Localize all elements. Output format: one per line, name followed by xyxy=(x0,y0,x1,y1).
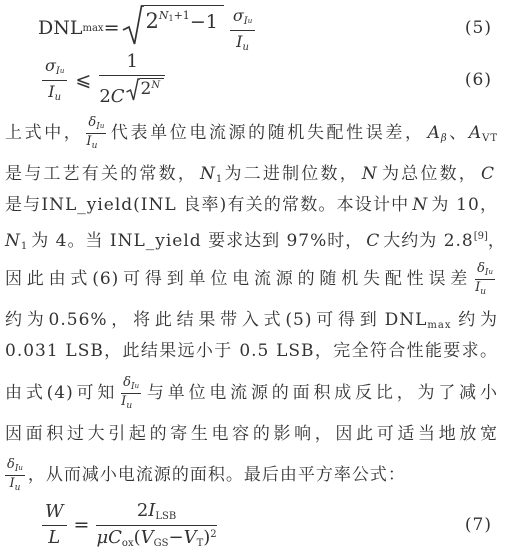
equation-5: DNLmax= 2N1+1−1 σIu Iu (5) xyxy=(0,3,506,53)
eq6-rhs-numerator: 1 xyxy=(99,52,165,76)
C-var: C xyxy=(366,231,380,251)
delta-over-Iu-fraction: δIuIu xyxy=(86,116,106,151)
text-run: 由式(4)可知 xyxy=(5,383,118,403)
eq6-number: (6) xyxy=(465,70,492,90)
eq6-relation: ⩽ xyxy=(75,69,91,91)
delta-sub-u: u xyxy=(18,464,23,472)
mu-symbol: μ xyxy=(96,527,108,548)
text-run: 为 4。当 INL_yield 要求达到 97%时， xyxy=(31,231,363,251)
para-line-4: N1为 4。当 INL_yield 要求达到 97%时，C大约为 2.8[9]， xyxy=(0,221,506,253)
delta-over-Iu-fraction: δIuIu xyxy=(5,458,25,493)
para-line-3: 是与INL_yield(INL 良率)有关的常数。本设计中N为 10， xyxy=(0,190,506,221)
ifrac-denominator: Iu xyxy=(121,394,141,411)
para-line-10: δIuIu，从而减小电流源的面积。最后由平方率公式： xyxy=(0,450,506,500)
eq7-lhs-fraction: W L xyxy=(42,502,67,548)
radical-sign-icon xyxy=(122,5,144,47)
eq5-exp-tail: +1 xyxy=(174,9,190,22)
eq6-lhs-denominator: Iu xyxy=(42,81,67,104)
eq5-exp-N: N xyxy=(159,9,169,22)
text-run: 是与工艺有关的常数， xyxy=(5,164,197,184)
eq6-inner-radicand: 2N xyxy=(140,78,165,100)
delta-symbol: δ xyxy=(7,457,15,472)
eq6-den-C: C xyxy=(111,86,125,107)
ifrac-numerator: δIu xyxy=(121,376,141,394)
eq6-rad-exp-N: N xyxy=(151,80,160,91)
lparen: ( xyxy=(134,527,141,548)
minus-sign: − xyxy=(168,527,183,548)
ifrac-numerator: δIu xyxy=(5,458,25,476)
eq7-L: L xyxy=(42,526,67,549)
sigma-symbol: σ xyxy=(233,6,244,25)
eq5-rad-exponent: N1+1 xyxy=(159,9,190,22)
A-VT-sub: VT xyxy=(482,133,498,144)
C-var: C xyxy=(481,164,495,184)
ifrac-denominator: Iu xyxy=(5,476,25,493)
delta-sub-u: u xyxy=(135,382,140,390)
text-run: ，从而减小电流源的面积。最后由平方率公式： xyxy=(28,465,406,485)
N-var: N xyxy=(412,195,428,215)
DNL-max-sub: max xyxy=(427,320,451,331)
eq7-num-LSB-sub: LSB xyxy=(155,511,176,522)
delta-over-Iu-fraction: δIuIu xyxy=(475,262,495,297)
delta-symbol: δ xyxy=(123,375,131,390)
sigma-sub-u: u xyxy=(60,67,65,75)
Iu-sub: u xyxy=(126,401,132,411)
DNL-label: DNL xyxy=(385,310,428,330)
eq6-rhs-fraction: 1 2C2N xyxy=(99,52,165,107)
para-line-6: 约为0.56%，将此结果带入式(5)可得到DNLmax约为 xyxy=(0,305,506,336)
squared-exponent: 2 xyxy=(210,529,216,540)
eq5-rad-base: 2 xyxy=(146,9,159,33)
text-run: 大约为 2.8 xyxy=(383,231,473,251)
eq5-radical: 2N1+1−1 xyxy=(122,5,224,47)
eq5-dnl: DNL xyxy=(38,17,82,39)
A-beta-sub: β xyxy=(441,133,448,144)
text-run: 0.031 LSB，此结果远小于 0.5 LSB，完全符合性能要求。 xyxy=(5,341,498,361)
equation-7: W L = 2ILSB μCox(VGS−VT)2 (7) xyxy=(0,500,506,549)
text-run: ， xyxy=(488,231,506,251)
text-run: 因此由式(6)可得到单位电流源的随机失配性误差 xyxy=(5,269,472,289)
eq7-num-2: 2 xyxy=(137,500,148,521)
eq6-rhs-denominator: 2C2N xyxy=(99,76,165,108)
eq5-equals: = xyxy=(104,17,120,39)
ifrac-denominator: Iu xyxy=(475,280,495,297)
eq6-rad-base: 2 xyxy=(141,79,152,99)
eq6-lhs-numerator: σIu xyxy=(42,57,67,81)
eq7-rhs-numerator: 2ILSB xyxy=(96,501,216,526)
para-line-2: 是与工艺有关的常数，N1为二进制位数，N为总位数，C xyxy=(0,159,506,190)
radical-sign-icon xyxy=(126,78,140,102)
eq5-number: (5) xyxy=(465,18,492,38)
delta-sub-u: u xyxy=(488,268,493,276)
para-line-5: 因此由式(6)可得到单位电流源的随机失配性误差δIuIu xyxy=(0,253,506,305)
eq5-radicand: 2N1+1−1 xyxy=(144,5,224,34)
N1-sub: 1 xyxy=(21,241,28,252)
text-run: 与单位电流源的面积成反比，为了减小 xyxy=(144,383,498,403)
text-run: 代表单位电流源的随机失配性误差， xyxy=(109,123,424,143)
text-run: 约为 xyxy=(454,310,498,330)
para-line-1: 上式中，δIuIu代表单位电流源的随机失配性误差，Aβ、AVT xyxy=(0,107,506,159)
eq5-minus-one: −1 xyxy=(190,11,218,33)
eq7-rhs-denominator: μCox(VGS−VT)2 xyxy=(96,526,216,549)
text-run: 上式中， xyxy=(5,123,83,143)
Iu-sub: u xyxy=(15,483,21,493)
VGS-symbol: V xyxy=(141,527,154,548)
eq5-frac-numerator: σIu xyxy=(230,7,255,31)
ifrac-denominator: Iu xyxy=(86,134,106,151)
text-run: 为二进制位数， xyxy=(223,164,359,184)
Cox-sub: ox xyxy=(122,538,134,549)
eq7-rhs-fraction: 2ILSB μCox(VGS−VT)2 xyxy=(96,501,216,549)
eq6-lhs-fraction: σIu Iu xyxy=(42,57,67,103)
text-run: 约为0.56%，将此结果带入式(5)可得到 xyxy=(5,310,382,330)
ifrac-numerator: δIu xyxy=(86,116,106,134)
eq6-inner-radical: 2N xyxy=(126,78,165,102)
list-separator: 、 xyxy=(448,123,469,143)
eq5-lhs: DNLmax= xyxy=(38,17,120,39)
Iu-sub: u xyxy=(92,141,98,151)
sigma-sub-u: u xyxy=(248,17,253,25)
VGS-sub: GS xyxy=(154,538,169,549)
A-beta-var: A xyxy=(428,123,441,143)
text-run: 是与INL_yield(INL 良率)有关的常数。本设计中 xyxy=(5,195,409,215)
eq7-W: W xyxy=(42,502,67,526)
text-run: 为 10， xyxy=(431,195,498,215)
delta-sub-u: u xyxy=(100,122,105,130)
eq7-equals: = xyxy=(74,514,90,536)
N1-var: N xyxy=(200,164,216,184)
eq5-frac-denominator: Iu xyxy=(230,31,255,54)
ifrac-numerator: δIu xyxy=(475,262,495,280)
N1-var: N xyxy=(5,231,21,251)
delta-symbol: δ xyxy=(477,261,485,276)
N-var: N xyxy=(362,164,378,184)
delta-over-Iu-fraction: δIuIu xyxy=(121,376,141,411)
VT-symbol: V xyxy=(184,527,197,548)
para-line-7: 0.031 LSB，此结果远小于 0.5 LSB，完全符合性能要求。 xyxy=(0,336,506,367)
Iu-sub: u xyxy=(55,92,61,103)
text-run: 为总位数， xyxy=(381,164,478,184)
eq6-den-2: 2 xyxy=(99,86,110,107)
Iu-sub: u xyxy=(242,42,248,53)
A-VT-var: A xyxy=(469,123,482,143)
para-line-9: 因面积过大引起的寄生电容的影响，因此可适当地放宽 xyxy=(0,419,506,450)
text-run: 因面积过大引起的寄生电容的影响，因此可适当地放宽 xyxy=(5,424,498,444)
para-line-8: 由式(4)可知δIuIu与单位电流源的面积成反比，为了减小 xyxy=(0,367,506,419)
eq5-sigma-fraction: σIu Iu xyxy=(230,7,255,53)
sigma-symbol: σ xyxy=(45,56,56,75)
eq7-number: (7) xyxy=(465,515,492,535)
citation-ref: [9] xyxy=(474,231,488,242)
Iu-sub: u xyxy=(480,287,486,297)
Cox-symbol: C xyxy=(108,527,122,548)
equation-6: σIu Iu ⩽ 1 2C2N (6) xyxy=(0,53,506,107)
eq5-dnl-sub: max xyxy=(82,23,103,34)
